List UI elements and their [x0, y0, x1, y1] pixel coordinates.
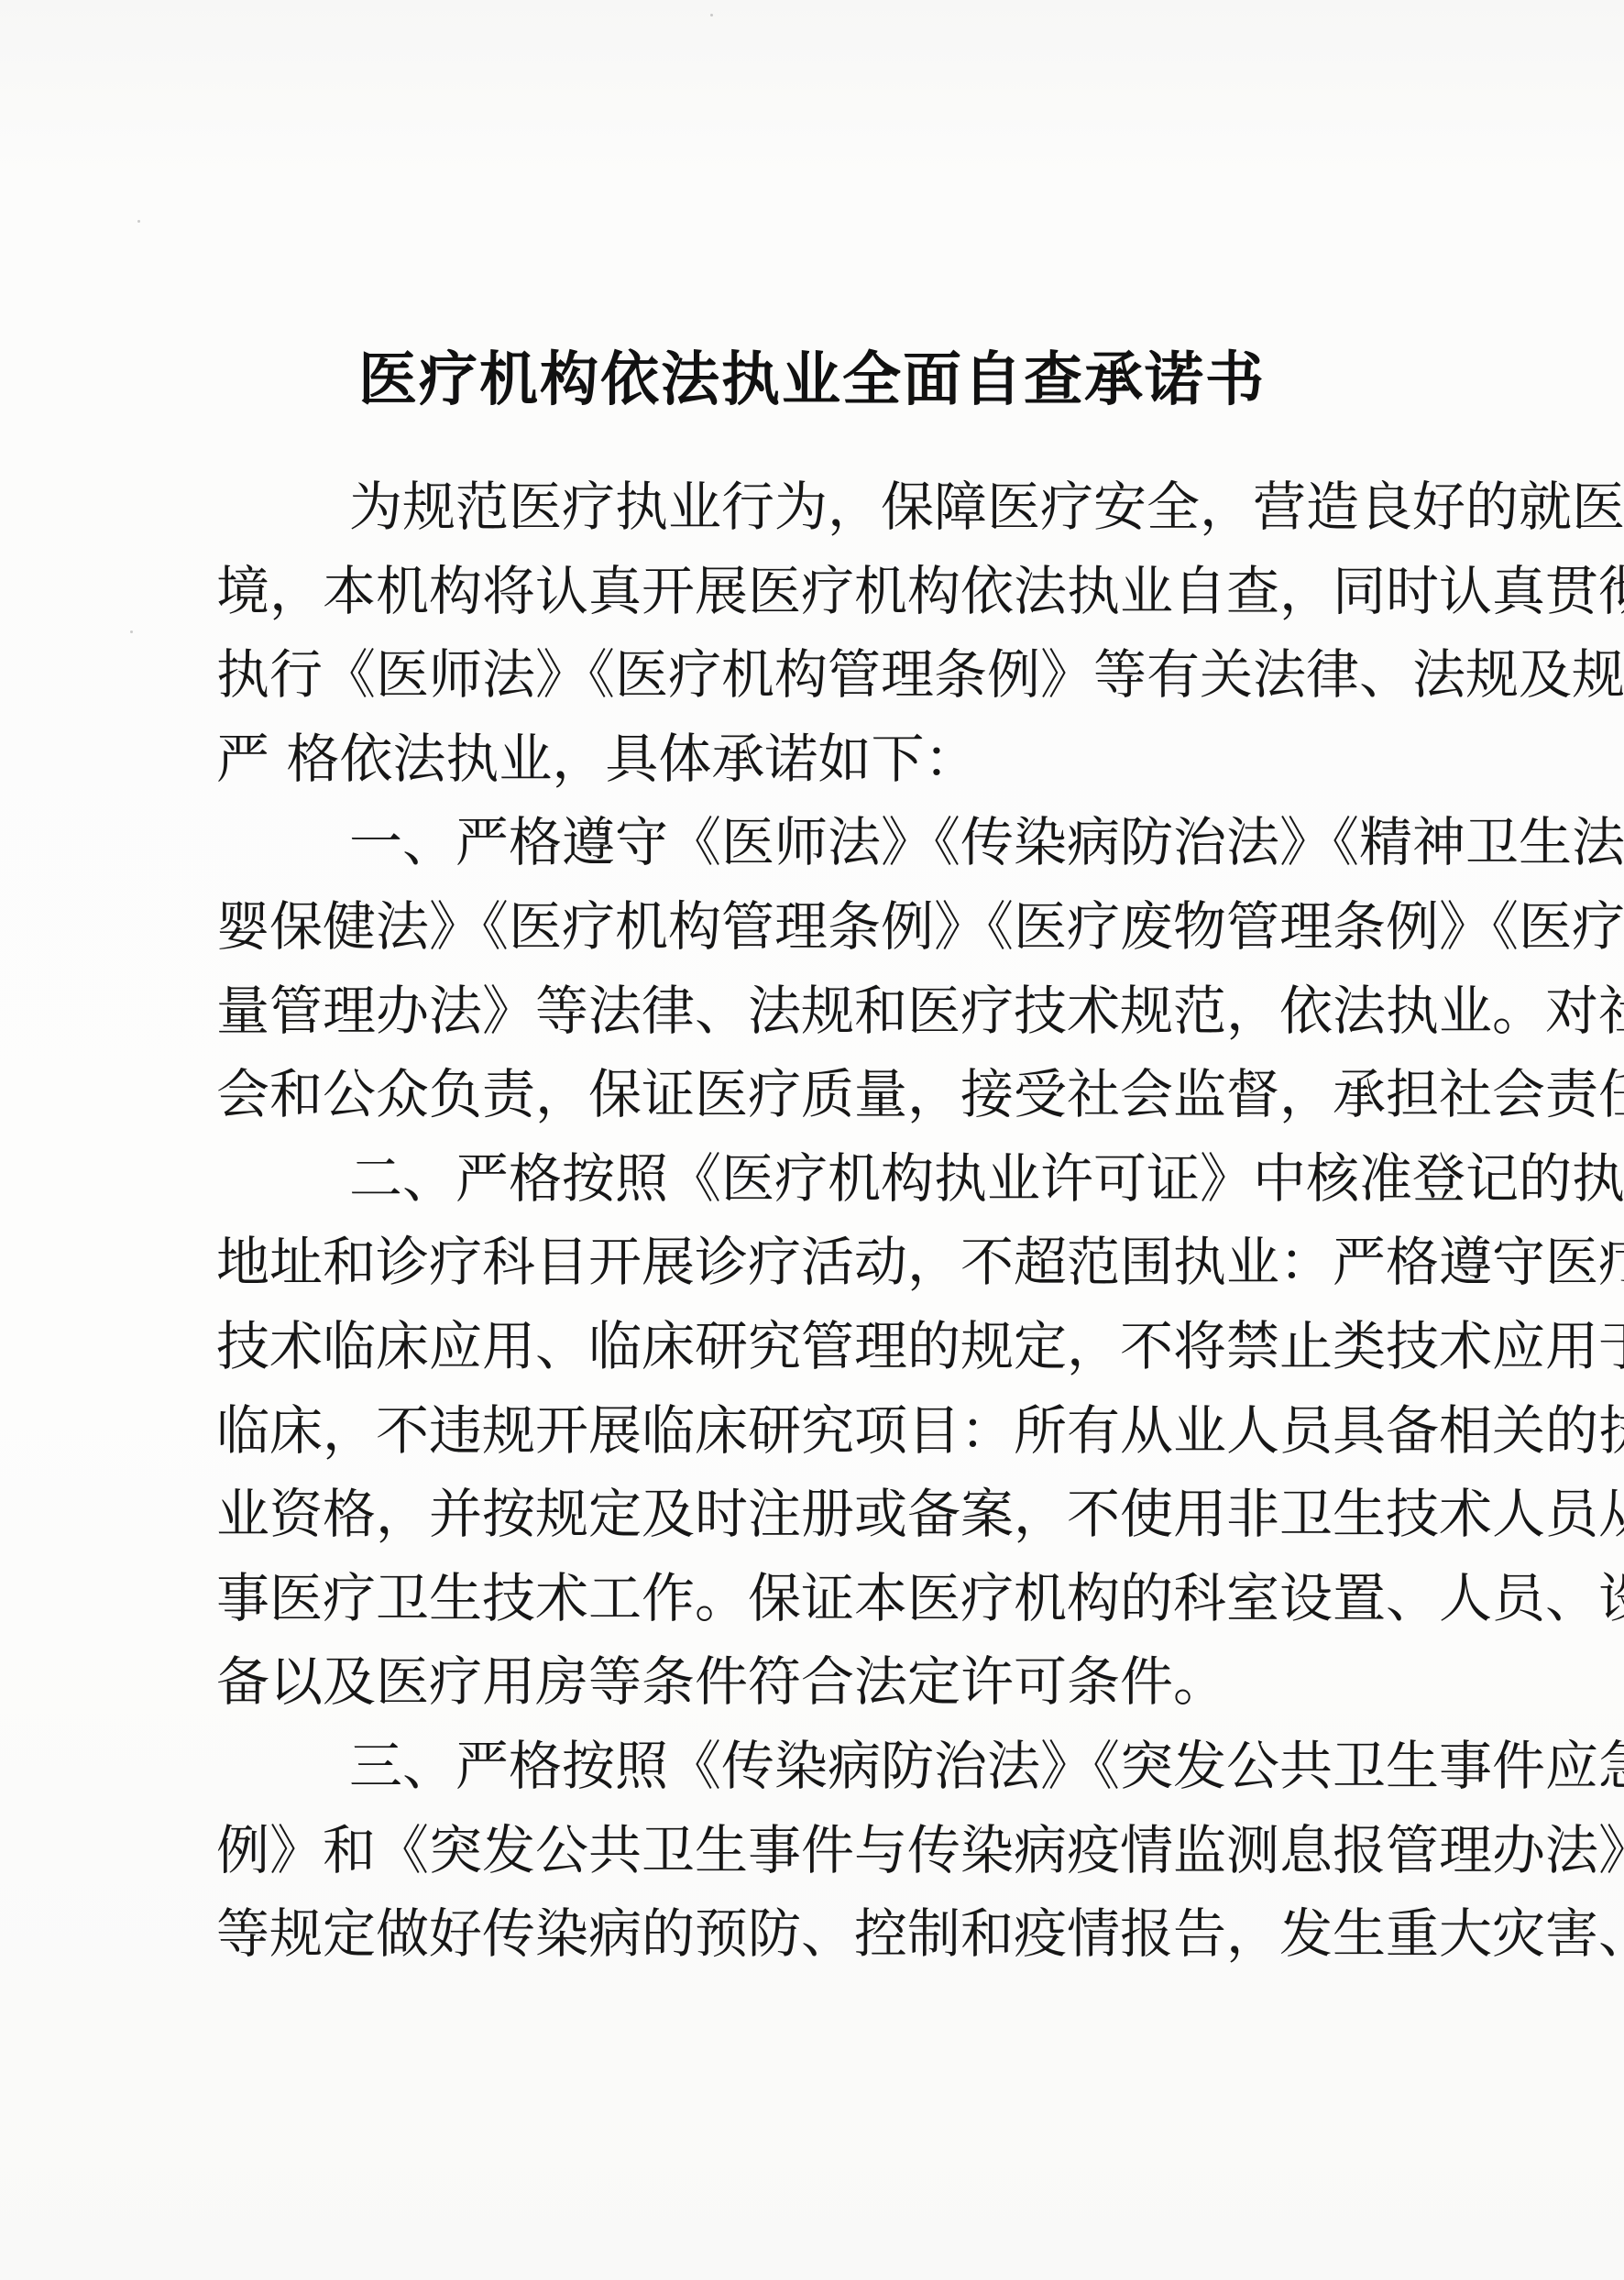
clause-1-line-4: 会和公众负责，保证医疗质量，接受社会监督，承担社会责任。 [216, 1053, 1413, 1137]
clause-3-line-3: 等规定做好传染病的预防、控制和疫情报告，发生重大灾害、 [216, 1892, 1413, 1977]
clause-2-line-3: 技术临床应用、临床研究管理的规定，不将禁止类技术应用于 [216, 1305, 1413, 1389]
clause-1-line-2: 婴保健法》《医疗机构管理条例》《医疗废物管理条例》《医疗质 [216, 885, 1413, 970]
document-title: 医疗机构依法执业全面自查承诺书 [0, 344, 1624, 417]
scan-speck [137, 220, 140, 223]
clause-3-line-1: 三、严格按照《传染病防治法》《突发公共卫生事件应急条 [216, 1725, 1413, 1809]
paragraph-intro-line-2: 境，本机构将认真开展医疗机构依法执业自查，同时认真贯彻 [216, 550, 1413, 634]
clause-2-line-4: 临床，不违规开展临床研究项目：所有从业人员具备相关的执 [216, 1389, 1413, 1474]
document-body: 为规范医疗执业行为，保障医疗安全，营造良好的就医环 境，本机构将认真开展医疗机构… [216, 466, 1413, 1977]
clause-2-line-5: 业资格，并按规定及时注册或备案，不使用非卫生技术人员从 [216, 1473, 1413, 1557]
paragraph-intro-line-3: 执行《医师法》《医疗机构管理条例》等有关法律、法规及规章， [216, 633, 1413, 718]
scanned-page: 医疗机构依法执业全面自查承诺书 为规范医疗执业行为，保障医疗安全，营造良好的就医… [0, 0, 1624, 2280]
clause-1-line-3: 量管理办法》等法律、法规和医疗技术规范，依法执业。对社 [216, 970, 1413, 1054]
paragraph-intro-line-4: 严 格依法执业，具体承诺如下： [216, 718, 1413, 802]
clause-1-line-1: 一、严格遵守《医师法》《传染病防治法》《精神卫生法》《母 [216, 801, 1413, 885]
clause-3-line-2: 例》和《突发公共卫生事件与传染病疫情监测息报管理办法》 [216, 1809, 1413, 1893]
scan-speck [710, 14, 713, 16]
clause-2-line-1: 二、严格按照《医疗机构执业许可证》中核准登记的执业 [216, 1137, 1413, 1222]
clause-2-line-7: 备以及医疗用房等条件符合法定许可条件。 [216, 1640, 1413, 1725]
clause-2-line-6: 事医疗卫生技术工作。保证本医疗机构的科室设置、人员、设 [216, 1557, 1413, 1641]
paragraph-intro-line-1: 为规范医疗执业行为，保障医疗安全，营造良好的就医环 [216, 466, 1413, 550]
clause-2-line-2: 地址和诊疗科目开展诊疗活动，不超范围执业：严格遵守医疗 [216, 1221, 1413, 1305]
scan-speck [130, 630, 133, 633]
